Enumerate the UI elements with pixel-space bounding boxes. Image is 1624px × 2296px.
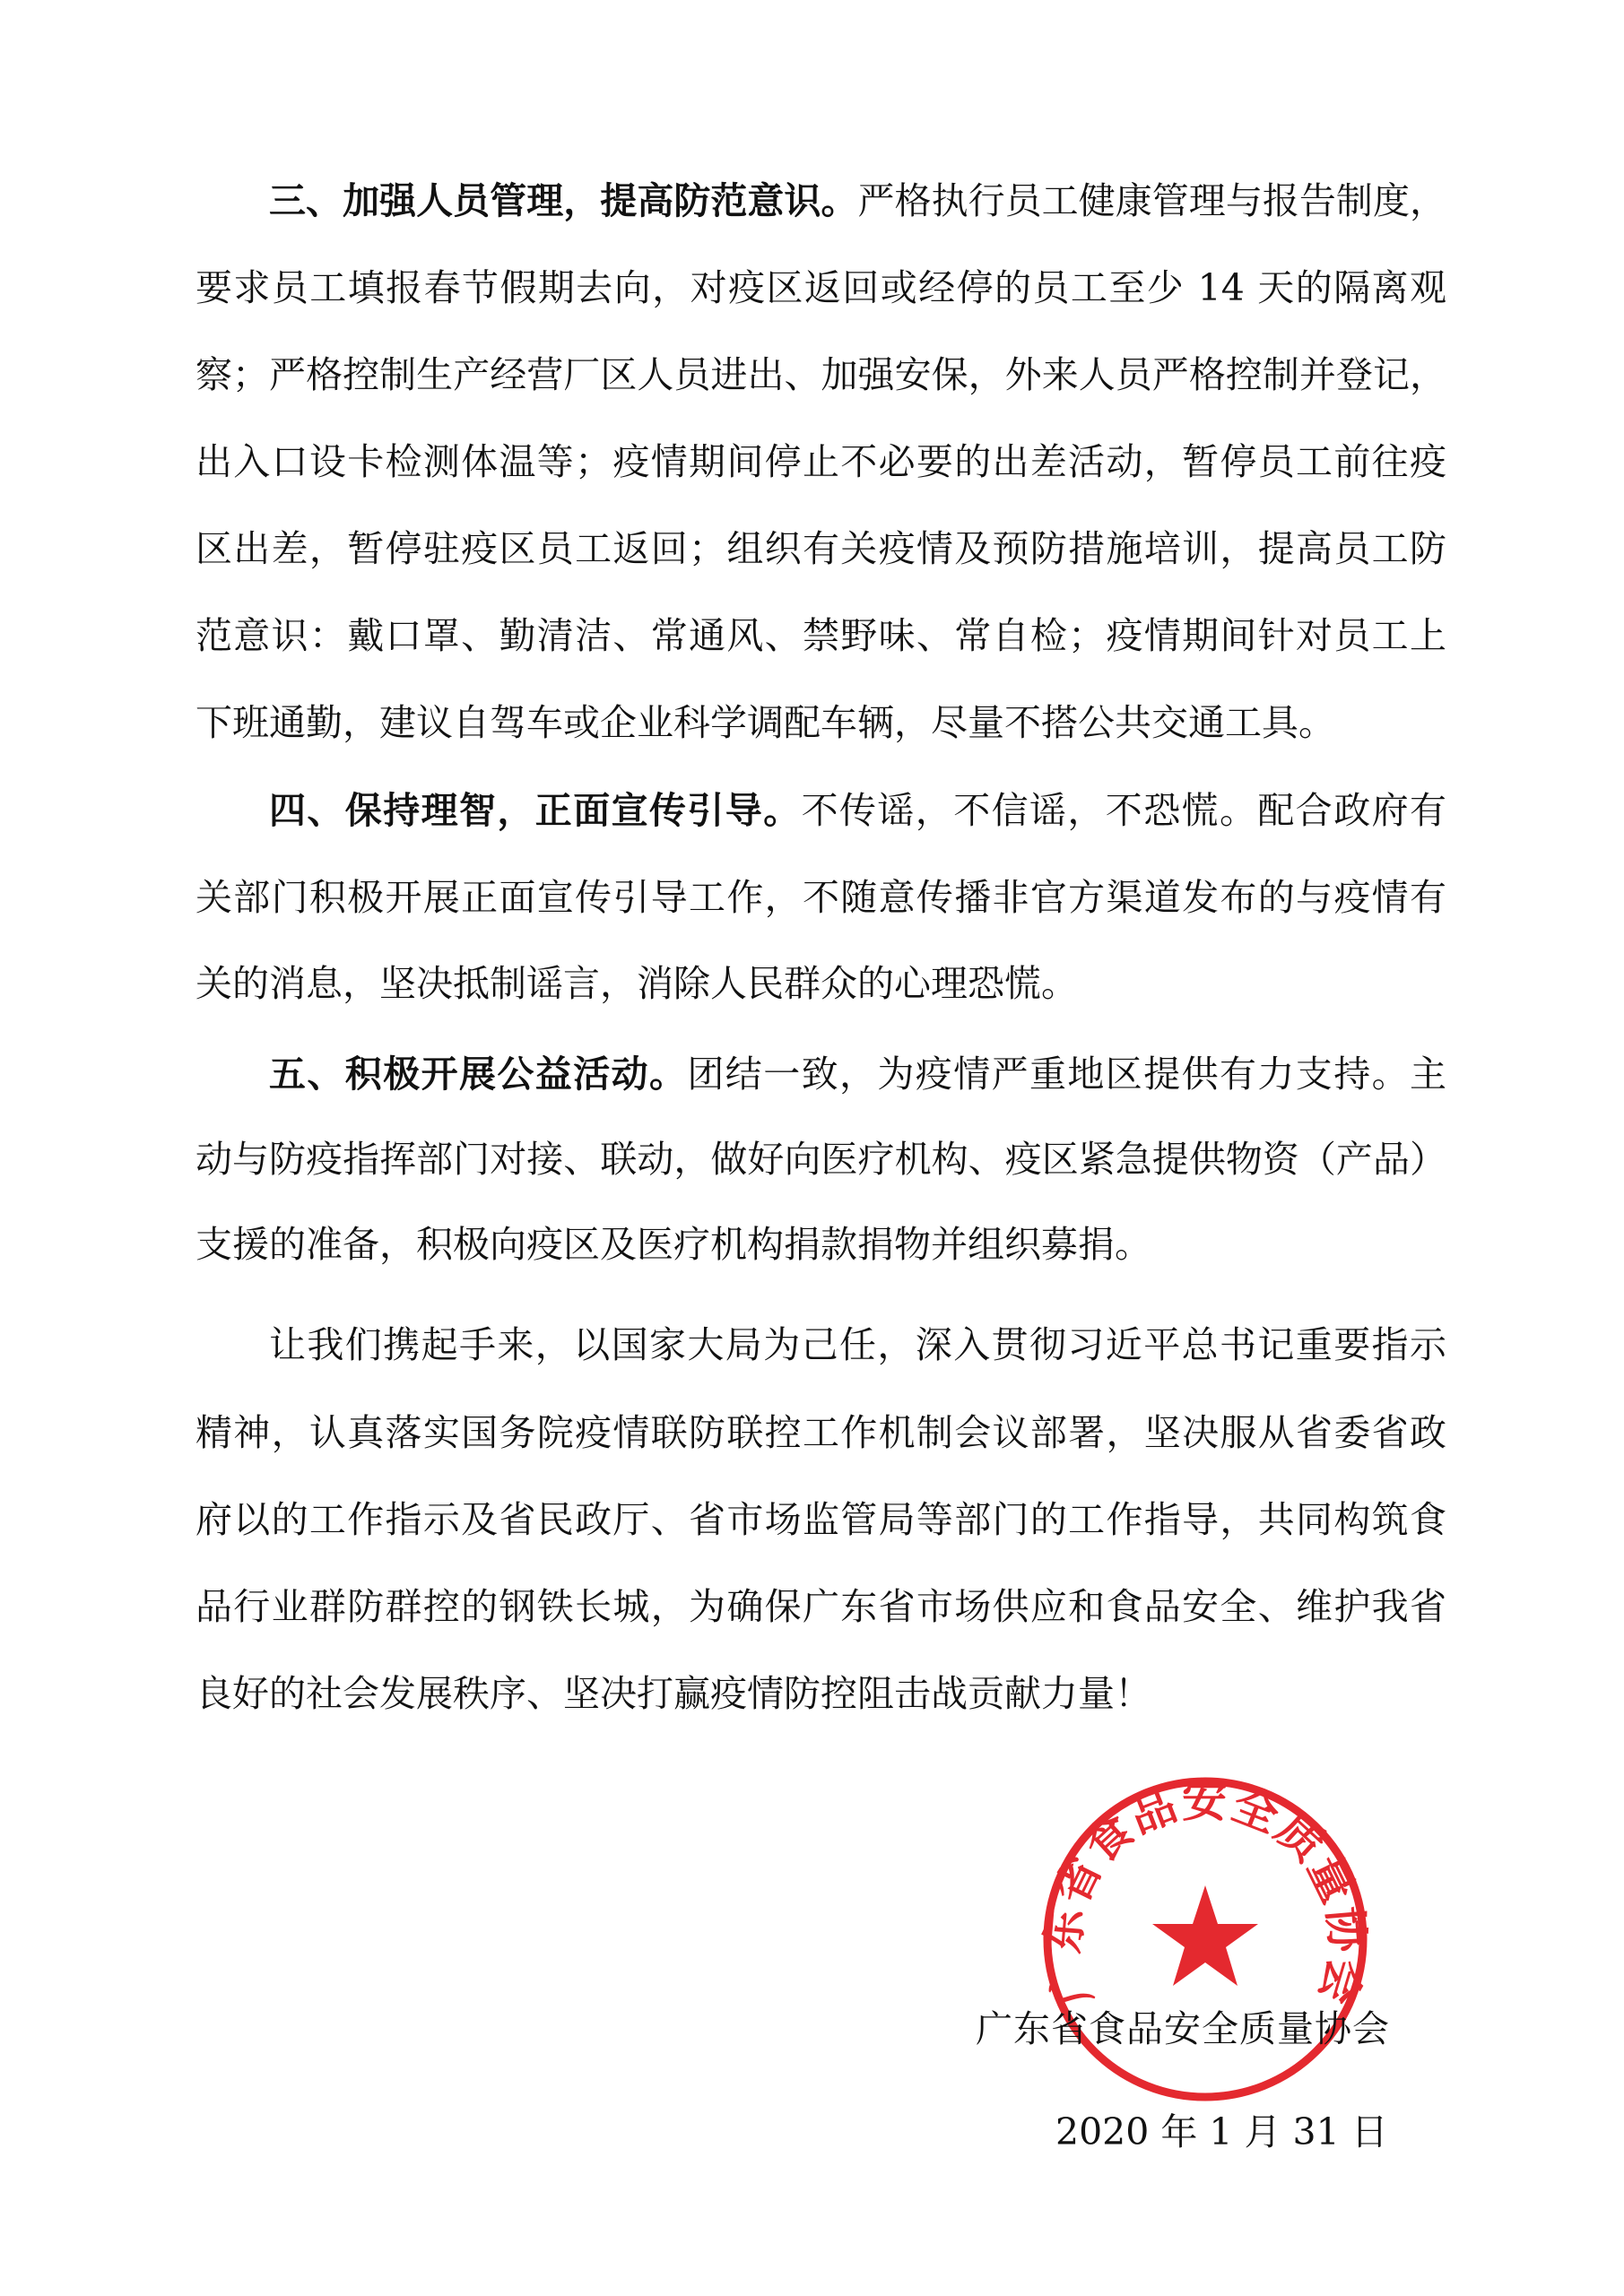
paragraph-3-line-7: 下班通勤，建议自驾车或企业科学调配车辆，尽量不搭公共交通工具。 bbox=[195, 696, 1446, 749]
section-heading-4: 四、保持理智，正面宣传引导。 bbox=[269, 789, 802, 832]
paragraph-3-line-1: 三、加强人员管理，提高防范意识。严格执行员工健康管理与报告制度， bbox=[269, 174, 1446, 228]
paragraph-5-line-1: 五、积极开展公益活动。团结一致，为疫情严重地区提供有力支持。主 bbox=[269, 1047, 1446, 1101]
closing-line-3: 府以的工作指示及省民政厅、省市场监管局等部门的工作指导，共同构筑食 bbox=[195, 1493, 1446, 1547]
closing-line-1: 让我们携起手来，以国家大局为己任，深入贯彻习近平总书记重要指示 bbox=[269, 1318, 1446, 1372]
signature-date: 2020 年 1 月 31 日 bbox=[1055, 2105, 1388, 2159]
paragraph-text: 严格执行员工健康管理与报告制度， bbox=[858, 179, 1446, 222]
section-heading-3: 三、加强人员管理，提高防范意识。 bbox=[269, 179, 858, 222]
closing-line-5: 良好的社会发展秩序、坚决打赢疫情防控阻击战贡献力量！ bbox=[195, 1667, 1446, 1720]
paragraph-3-line-2: 要求员工填报春节假期去向，对疫区返回或经停的员工至少 14 天的隔离观 bbox=[195, 261, 1446, 315]
signature-organization: 广东省食品安全质量协会 bbox=[976, 2002, 1390, 2056]
paragraph-5-line-2: 动与防疫指挥部门对接、联动，做好向医疗机构、疫区紧急提供物资（产品） bbox=[195, 1132, 1446, 1186]
paragraph-text: 团结一致，为疫情严重地区提供有力支持。主 bbox=[687, 1053, 1446, 1096]
paragraph-text: 不传谣，不信谣，不恐慌。配合政府有 bbox=[802, 789, 1446, 832]
closing-line-2: 精神，认真落实国务院疫情联防联控工作机制会议部署，坚决服从省委省政 bbox=[195, 1406, 1446, 1460]
paragraph-3-line-5: 区出差，暂停驻疫区员工返回；组织有关疫情及预防措施培训，提高员工防 bbox=[195, 522, 1446, 576]
paragraph-3-line-4: 出入口设卡检测体温等；疫情期间停止不必要的出差活动，暂停员工前往疫 bbox=[195, 435, 1446, 489]
paragraph-4-line-2: 关部门积极开展正面宣传引导工作，不随意传播非官方渠道发布的与疫情有 bbox=[195, 871, 1446, 924]
paragraph-3-line-6: 范意识：戴口罩、勤清洁、常通风、禁野味、常自检；疫情期间针对员工上 bbox=[195, 609, 1446, 663]
paragraph-4-line-1: 四、保持理智，正面宣传引导。不传谣，不信谣，不恐慌。配合政府有 bbox=[269, 784, 1446, 837]
closing-line-4: 品行业群防群控的钢铁长城，为确保广东省市场供应和食品安全、维护我省 bbox=[195, 1580, 1446, 1633]
official-seal-stamp: 广东省食品安全质量协会 bbox=[1038, 1772, 1372, 2106]
section-heading-5: 五、积极开展公益活动。 bbox=[269, 1053, 687, 1096]
paragraph-5-line-3: 支援的准备，积极向疫区及医疗机构捐款捐物并组织募捐。 bbox=[195, 1217, 1446, 1271]
paragraph-3-line-3: 察；严格控制生产经营厂区人员进出、加强安保，外来人员严格控制并登记， bbox=[195, 348, 1446, 402]
paragraph-4-line-3: 关的消息，坚决抵制谣言，消除人民群众的心理恐慌。 bbox=[195, 957, 1446, 1010]
star-icon bbox=[1152, 1885, 1258, 1986]
